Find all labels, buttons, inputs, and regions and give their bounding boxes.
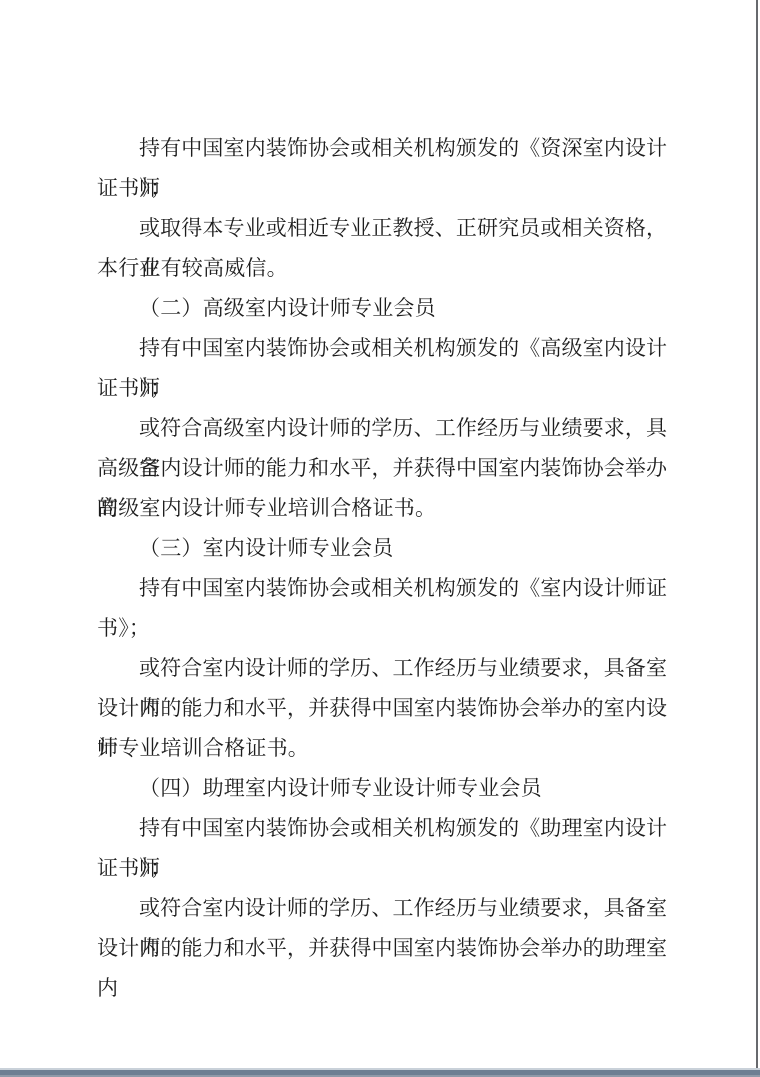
text-line: 证书》； <box>97 369 667 409</box>
text-line: 高级室内设计师专业培训合格证书。 <box>97 489 667 529</box>
text-line: 证书》； <box>97 849 667 889</box>
text-line: 持有中国室内装饰协会或相关机构颁发的《资深室内设计师 <box>97 129 667 169</box>
text-line: （四）助理室内设计师专业设计师专业会员 <box>97 769 667 809</box>
page-bottom-edge <box>0 1068 760 1077</box>
text-line: 或取得本专业或相近专业正教授、正研究员或相关资格，在 <box>97 209 667 249</box>
text-line: 或符合室内设计师的学历、工作经历与业绩要求，具备室内 <box>97 889 667 929</box>
text-line: 持有中国室内装饰协会或相关机构颁发的《助理室内设计师 <box>97 809 667 849</box>
text-line: 持有中国室内装饰协会或相关机构颁发的《高级室内设计师 <box>97 329 667 369</box>
text-line: 持有中国室内装饰协会或相关机构颁发的《室内设计师证 <box>97 569 667 609</box>
document-text: 持有中国室内装饰协会或相关机构颁发的《资深室内设计师证书》；或取得本专业或相近专… <box>97 129 667 969</box>
text-line: 设计师的能力和水平，并获得中国室内装饰协会举办的室内设计 <box>97 689 667 729</box>
page-right-edge <box>756 0 758 1069</box>
text-line: （二）高级室内设计师专业会员 <box>97 289 667 329</box>
text-line: 或符合室内设计师的学历、工作经历与业绩要求，具备室内 <box>97 649 667 689</box>
text-line: 高级室内设计师的能力和水平，并获得中国室内装饰协会举办的 <box>97 449 667 489</box>
document-page: 持有中国室内装饰协会或相关机构颁发的《资深室内设计师证书》；或取得本专业或相近专… <box>0 0 760 1077</box>
text-line: 本行业有较高威信。 <box>97 249 667 289</box>
text-line: 证书》； <box>97 169 667 209</box>
text-line: 设计师的能力和水平，并获得中国室内装饰协会举办的助理室内 <box>97 929 667 969</box>
text-line: （三）室内设计师专业会员 <box>97 529 667 569</box>
text-line: 师专业培训合格证书。 <box>97 729 667 769</box>
text-line: 书》； <box>97 609 667 649</box>
text-line: 或符合高级室内设计师的学历、工作经历与业绩要求，具备 <box>97 409 667 449</box>
